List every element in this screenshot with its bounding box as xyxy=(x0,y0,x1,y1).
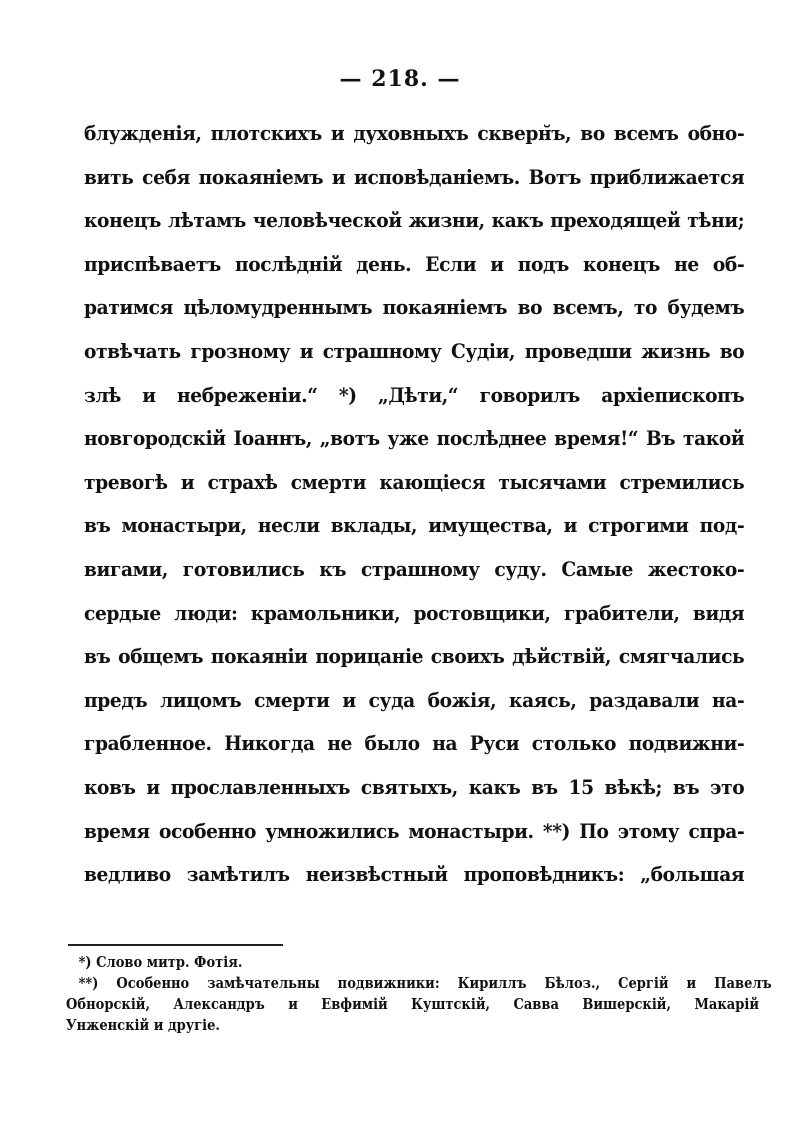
text-line: вигами, готовились къ страшному суду. Са… xyxy=(84,548,744,592)
footnote-2-line-1: **) Особенно замѣчательны подвижники: Ки… xyxy=(66,973,772,994)
text-line: злѣ и небреженіи.“ *) „Дѣти,“ говорилъ а… xyxy=(84,374,744,418)
footnote-2-line-3: Унженскій и другіе. xyxy=(66,1015,759,1036)
body-text: блужденія, плотскихъ и духовныхъ скверн̆… xyxy=(84,112,744,897)
text-line: время особенно умножились монастыри. **)… xyxy=(84,810,744,854)
text-line: ведливо замѣтилъ неизвѣстный проповѣдник… xyxy=(84,853,744,897)
text-line: конецъ лѣтамъ человѣческой жизни, какъ п… xyxy=(84,199,744,243)
text-line: сердые люди: крамольники, ростовщики, гр… xyxy=(84,592,744,636)
text-line: предъ лицомъ смерти и суда божія, каясь,… xyxy=(84,679,744,723)
text-line: грабленное. Никогда не было на Руси стол… xyxy=(84,722,744,766)
text-line: отвѣчать грозному и страшному Судіи, про… xyxy=(84,330,744,374)
footnote-2-line-2: Обнорскій, Александръ и Евфимій Куштскій… xyxy=(66,994,759,1015)
text-line: вить себя покаяніемъ и исповѣданіемъ. Во… xyxy=(84,156,744,200)
text-line: въ монастыри, несли вклады, имущества, и… xyxy=(84,504,744,548)
footnote-1: *) Слово митр. Фотія. xyxy=(66,952,772,973)
text-line: новгородскій Іоаннъ, „вотъ уже послѣднее… xyxy=(84,417,744,461)
footnotes: *) Слово митр. Фотія. **) Особенно замѣч… xyxy=(66,952,766,1036)
footnote-divider xyxy=(68,944,283,946)
text-line: въ общемъ покаяніи порицаніе своихъ дѣйс… xyxy=(84,635,744,679)
page-number: — 218. — xyxy=(0,66,800,92)
text-line: ратимся цѣломудреннымъ покаяніемъ во все… xyxy=(84,286,744,330)
text-line: блужденія, плотскихъ и духовныхъ скверн̆… xyxy=(84,112,744,156)
text-line: ковъ и прославленныхъ святыхъ, какъ въ 1… xyxy=(84,766,744,810)
text-line: тревогѣ и страхѣ смерти кающіеся тысячам… xyxy=(84,461,744,505)
text-line: приспѣваетъ послѣдній день. Если и подъ … xyxy=(84,243,744,287)
